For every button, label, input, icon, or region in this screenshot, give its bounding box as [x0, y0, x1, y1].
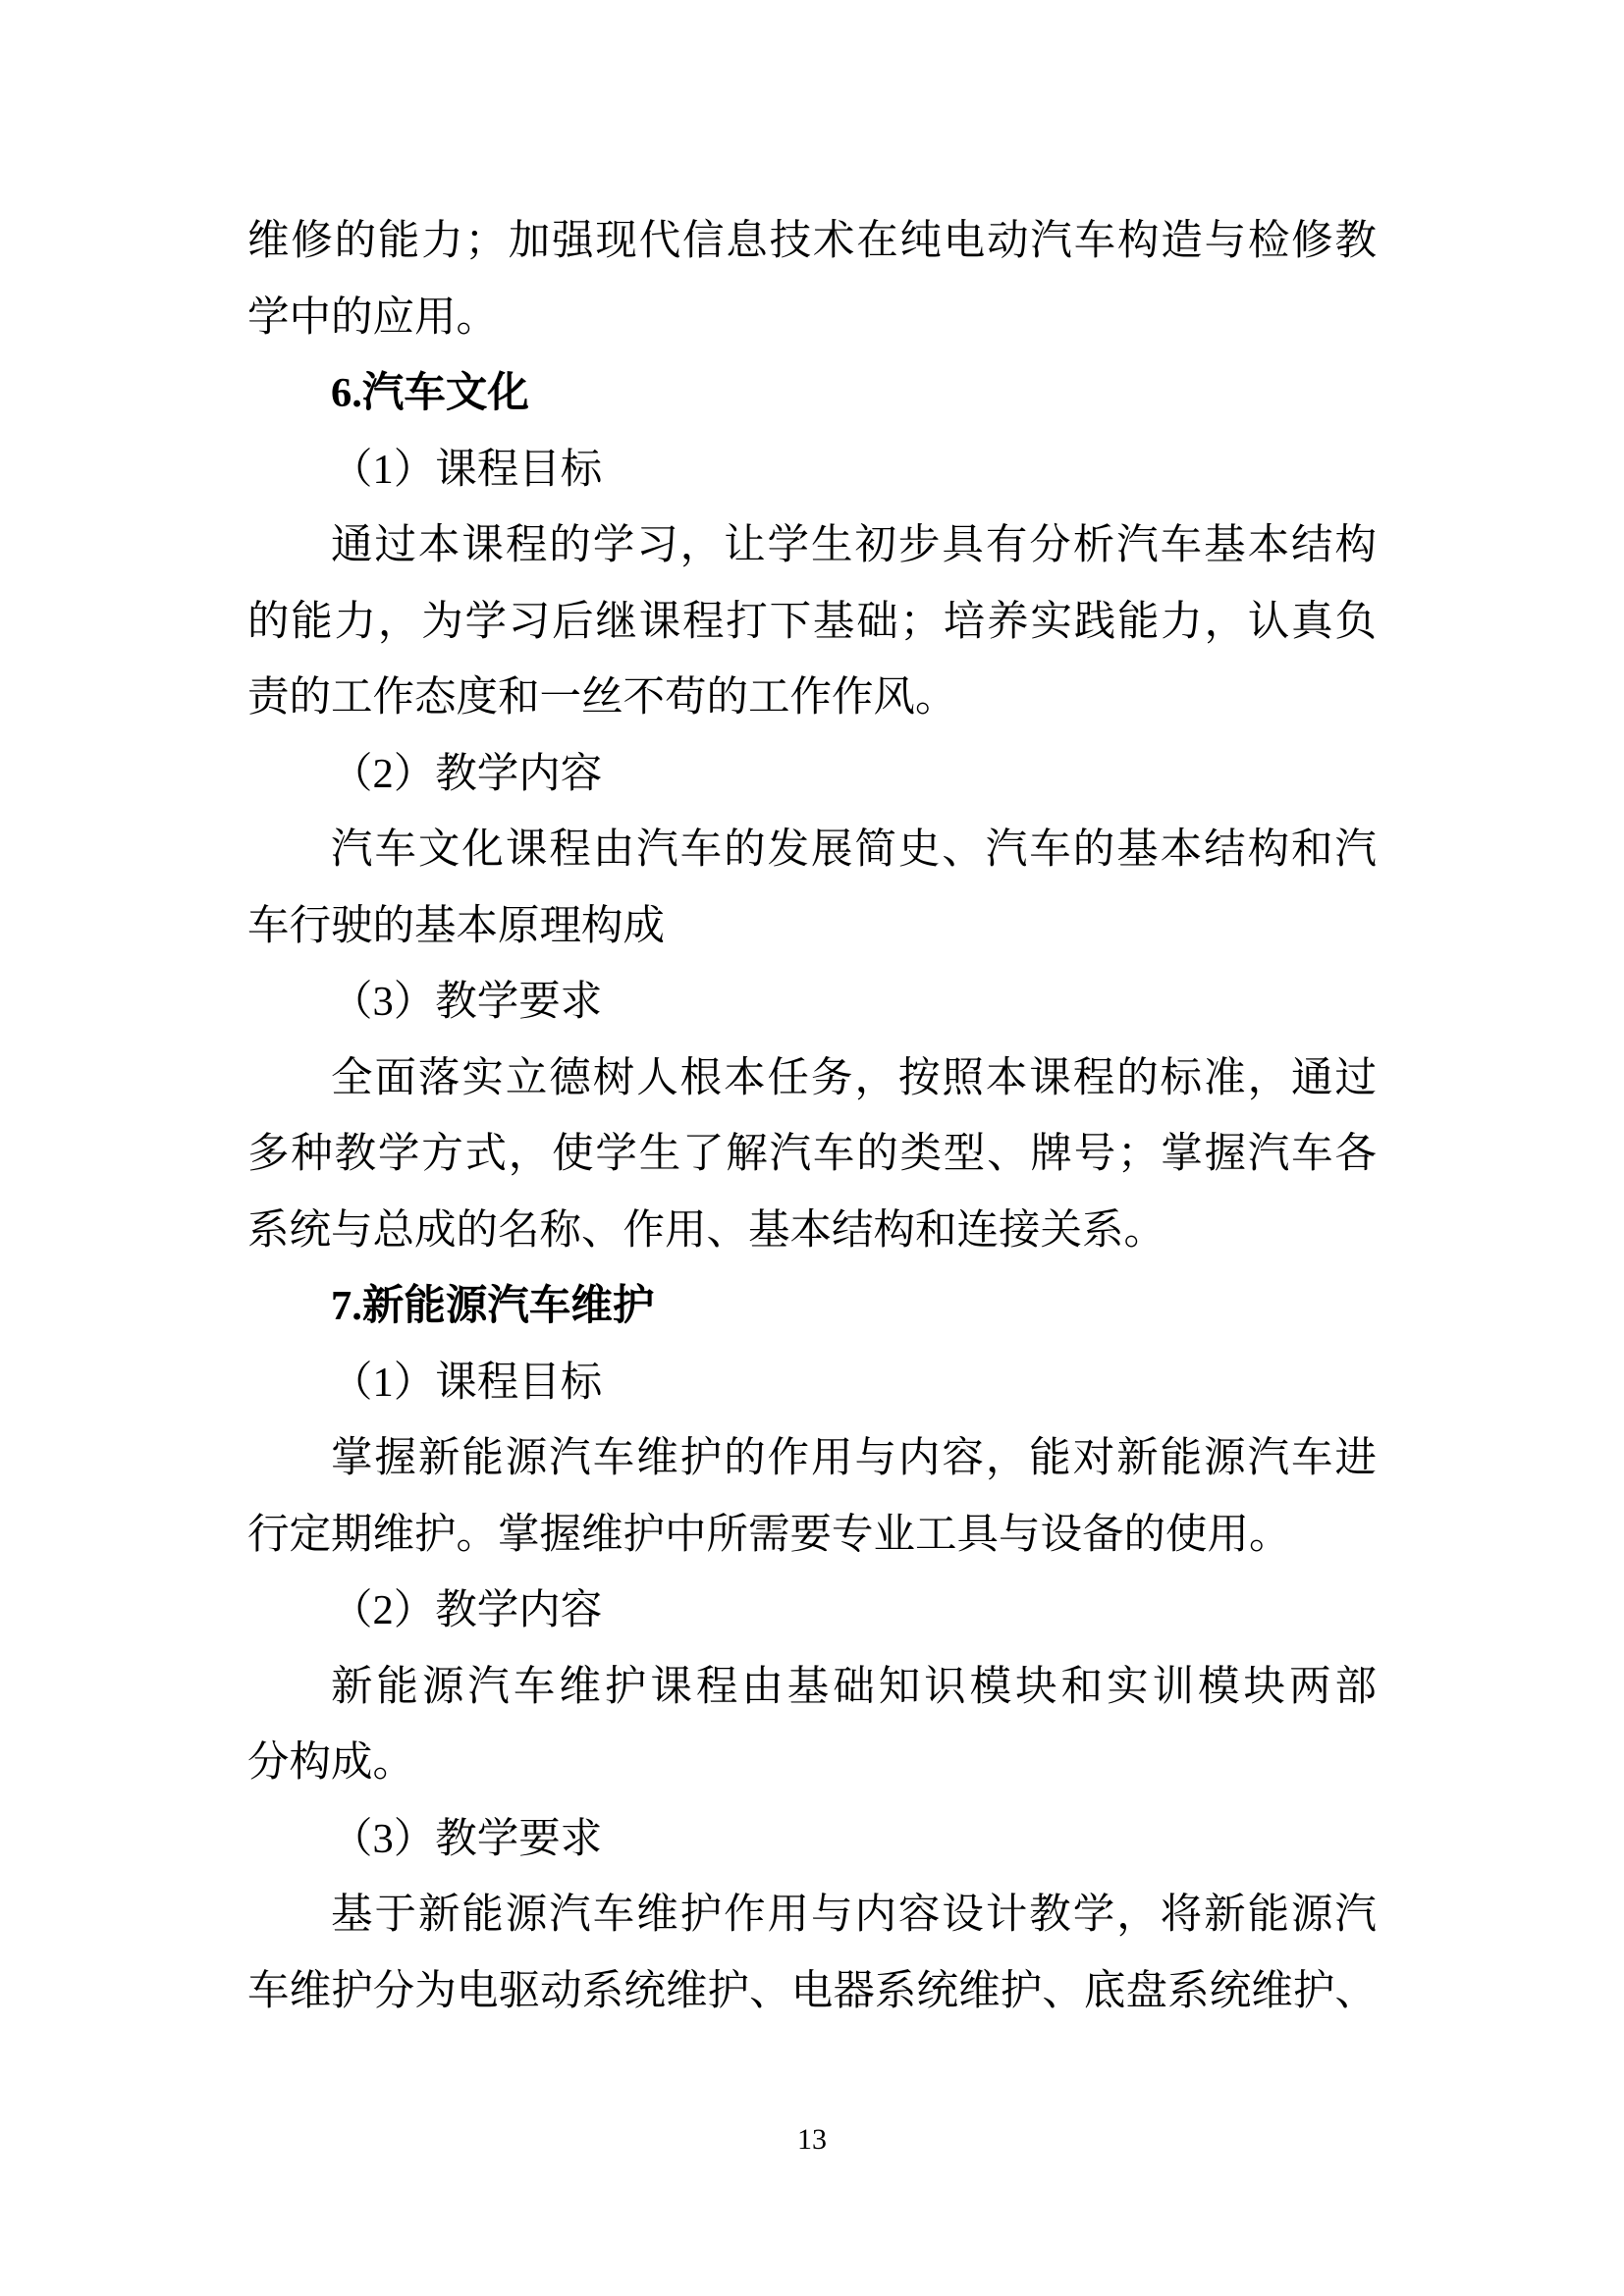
- text-line: 新能源汽车维护课程由基础知识模块和实训模块两部: [247, 1649, 1377, 1726]
- text-line: 车维护分为电驱动系统维护、电器系统维护、底盘系统维护、: [247, 1953, 1377, 2030]
- text-line: 责的工作态度和一丝不苟的工作作风。: [247, 660, 1377, 736]
- text-line: 车行驶的基本原理构成: [247, 888, 1377, 965]
- text-line: 基于新能源汽车维护作用与内容设计教学，将新能源汽: [247, 1877, 1377, 1953]
- text-line: 行定期维护。掌握维护中所需要专业工具与设备的使用。: [247, 1497, 1377, 1574]
- text-line: 全面落实立德树人根本任务，按照本课程的标准，通过: [247, 1041, 1377, 1117]
- text-line: （1）课程目标: [247, 432, 1377, 508]
- text-line: 掌握新能源汽车维护的作用与内容，能对新能源汽车进: [247, 1420, 1377, 1497]
- document-page: 维修的能力；加强现代信息技术在纯电动汽车构造与检修教学中的应用。6.汽车文化（1…: [0, 0, 1624, 2296]
- heading-line: 7.新能源汽车维护: [247, 1268, 1377, 1345]
- text-line: 的能力，为学习后继课程打下基础；培养实践能力，认真负: [247, 584, 1377, 661]
- text-line: （2）教学内容: [247, 736, 1377, 813]
- text-line: 分构成。: [247, 1725, 1377, 1801]
- text-line: 系统与总成的名称、作用、基本结构和连接关系。: [247, 1193, 1377, 1269]
- text-line: 学中的应用。: [247, 280, 1377, 356]
- page-number: 13: [797, 2123, 827, 2156]
- heading-line: 6.汽车文化: [247, 355, 1377, 432]
- text-line: （3）教学要求: [247, 1801, 1377, 1878]
- text-line: 通过本课程的学习，让学生初步具有分析汽车基本结构: [247, 507, 1377, 584]
- text-line: （1）课程目标: [247, 1345, 1377, 1421]
- text-line: 维修的能力；加强现代信息技术在纯电动汽车构造与检修教: [247, 203, 1377, 280]
- page-footer: 13: [0, 2120, 1624, 2160]
- text-line: 汽车文化课程由汽车的发展简史、汽车的基本结构和汽: [247, 812, 1377, 888]
- document-body: 维修的能力；加强现代信息技术在纯电动汽车构造与检修教学中的应用。6.汽车文化（1…: [247, 203, 1377, 2029]
- text-line: （3）教学要求: [247, 964, 1377, 1041]
- text-line: （2）教学内容: [247, 1573, 1377, 1649]
- text-line: 多种教学方式，使学生了解汽车的类型、牌号；掌握汽车各: [247, 1116, 1377, 1193]
